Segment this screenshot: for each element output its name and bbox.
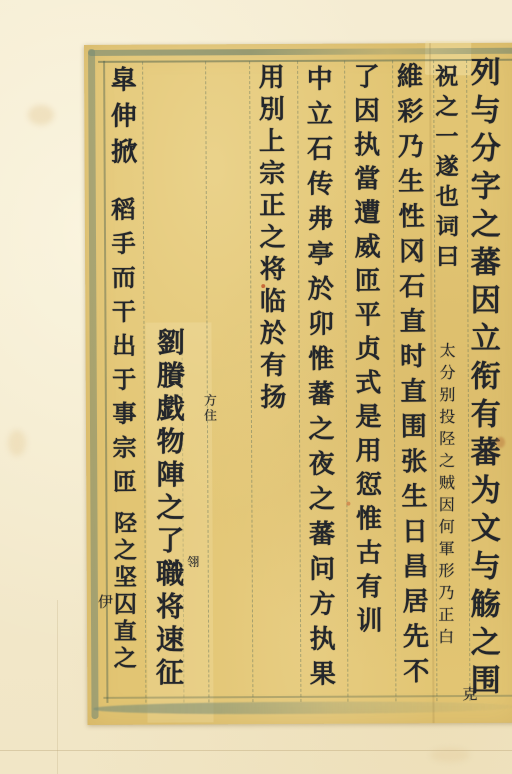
text-column-2-top: 祝之一遂也词曰: [433, 64, 457, 274]
text-column-5: 中立石传弗亭於卯惟蕃之夜之蕃问方执果: [304, 65, 333, 695]
column-rule: [249, 61, 253, 702]
text-column-left-a-run2: 稻手而干出于事宗匝: [109, 197, 135, 503]
text-column-left-a-run1: 皐伸掀: [108, 66, 135, 174]
text-column-1-trailing-small: 克: [461, 686, 476, 701]
column-rule: [344, 61, 348, 702]
text-column-1-large: 列与分字之蕃因立衔有蕃为文与觞之围: [467, 56, 497, 702]
text-inline-annotation: 方住: [202, 393, 215, 423]
text-column-3: 維彩乃生性冈石直时直围张生日昌居先不: [394, 62, 427, 692]
foxing-spot: [261, 284, 265, 288]
foxing-spot: [496, 437, 505, 448]
mount-crease: [57, 600, 58, 774]
text-inline-annotation: 伊: [97, 594, 112, 609]
column-rule: [297, 61, 301, 702]
mount-crease: [0, 750, 512, 751]
mount-stain: [28, 105, 54, 125]
text-column-left-a-run3: 陉之坚囚直之: [112, 511, 135, 673]
text-column-left-b: 劉賸戯物陣之了職将速征: [154, 328, 183, 691]
frame-left-outer-rule: [88, 49, 99, 719]
text-inline-annotation: 翎: [187, 555, 199, 567]
text-column-6: 用別上宗正之将临於有扬: [256, 63, 284, 415]
text-column-2-small: 太分别投陉之贼因何軍形乃正白: [437, 342, 455, 650]
mount-stain: [8, 430, 26, 456]
manuscript-sheet: 皐伸掀 稻手而干出于事宗匝 陉之坚囚直之 伊 劉賸戯物陣之了職将速征 方住 翎 …: [84, 43, 512, 725]
foxing-spot: [346, 502, 350, 506]
text-column-4: 了因执當遭威匝平贞式是用愆惟古有训: [351, 62, 380, 640]
